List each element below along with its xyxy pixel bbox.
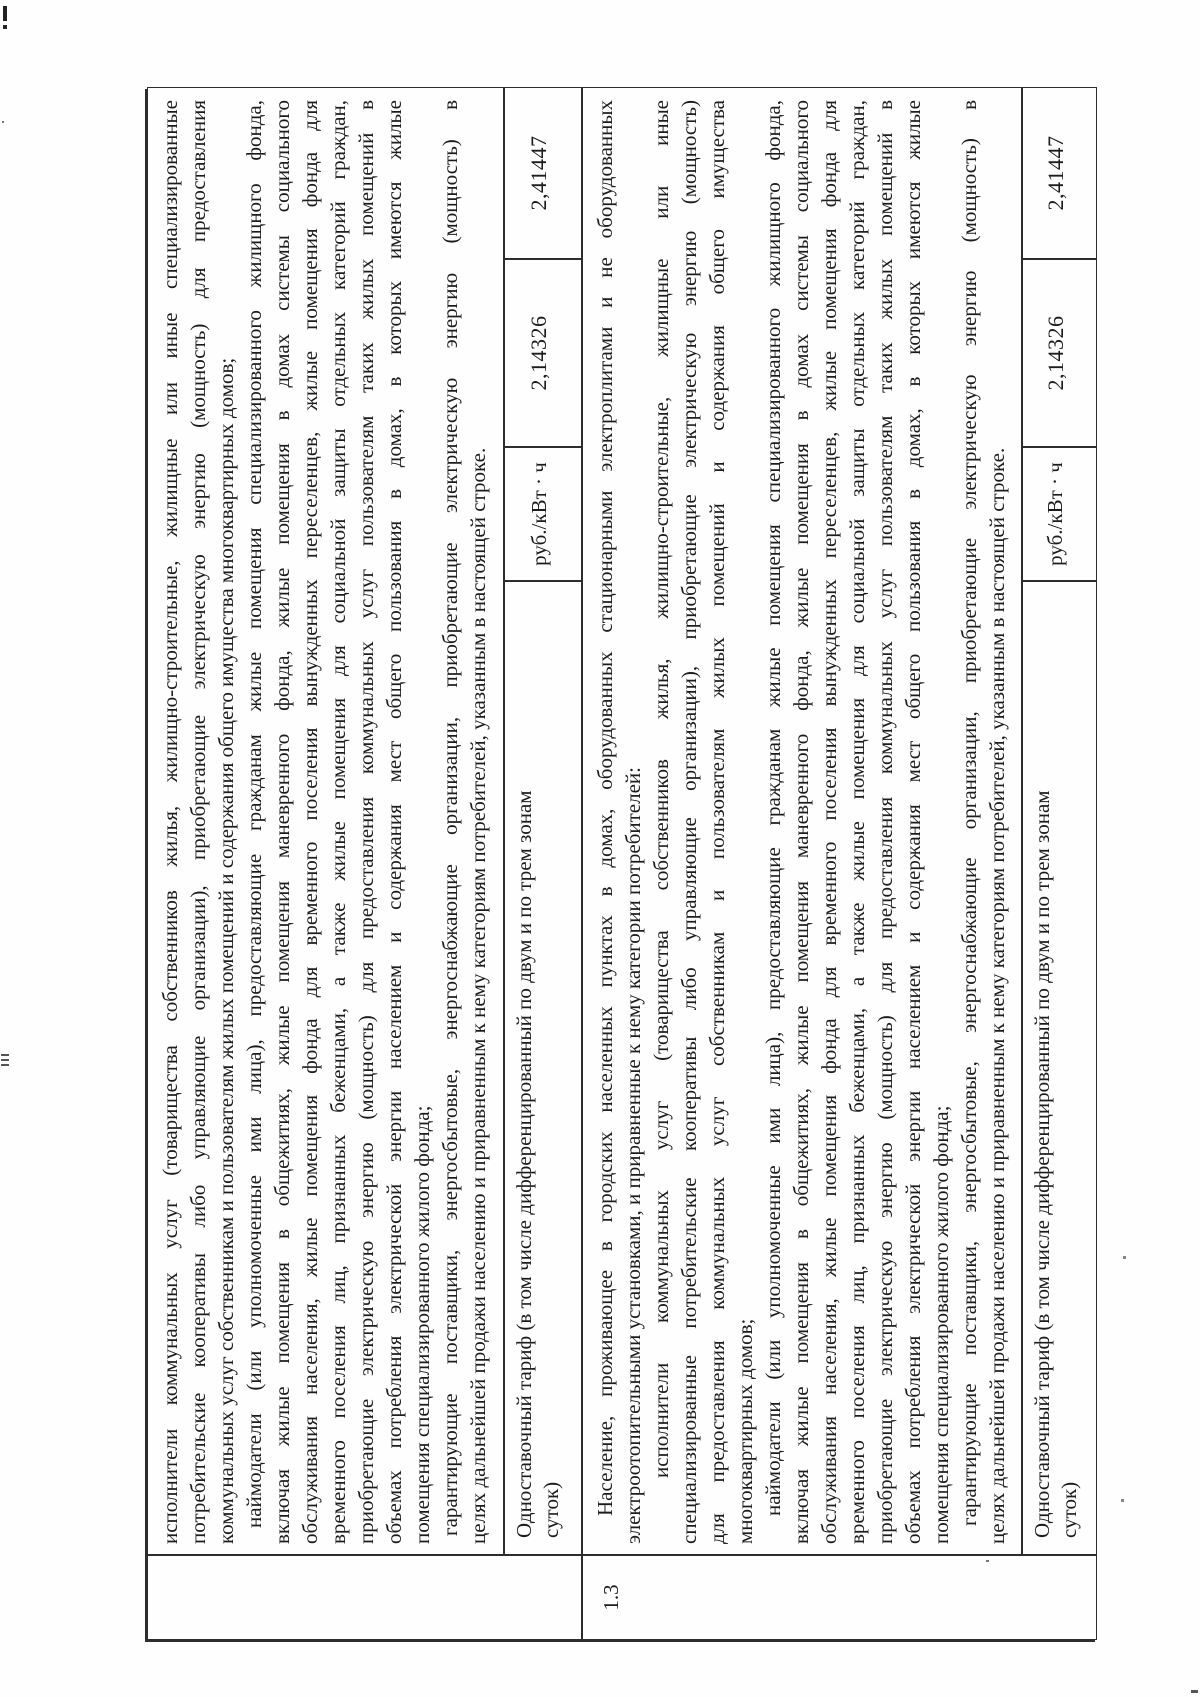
scan-artifact-dash — [1, 1054, 9, 1056]
text-line: гарантирующие поставщики, энергосбытовые… — [436, 100, 464, 1544]
text-line: обслуживания населения, жилые помещения … — [815, 100, 843, 1544]
scan-artifact-speck — [986, 1560, 989, 1562]
text-line: исполнители коммунальных услуг (товарище… — [156, 100, 184, 1544]
text-line: включая жилые помещения в общежитиях, жи… — [787, 100, 815, 1544]
text-line: помещения специализированного жилого фон… — [927, 100, 955, 1544]
consumer-category-description-1-3: Население, проживающее в городских насел… — [582, 87, 1022, 1555]
scan-artifact-dash — [1, 1064, 9, 1066]
tariff-row-1-unit: руб./кВт · ч — [504, 447, 582, 581]
rotated-landscape-layer: исполнители коммунальных услуг (товарище… — [0, 0, 1200, 1697]
text-line: временного поселения лиц, признанных беж… — [324, 100, 352, 1544]
text-line: приобретающие электрическую энергию (мощ… — [352, 100, 380, 1544]
text-line: целях дальнейшей продажи населению и при… — [983, 100, 1011, 1544]
tariff-row-1-label: Одноставочный тариф (в том числе диффере… — [504, 581, 582, 1555]
text-line: Население, проживающее в городских насел… — [591, 100, 619, 1544]
text-line: временного поселения лиц, признанных беж… — [843, 100, 871, 1544]
text-line: специализированные потребительские коопе… — [675, 100, 703, 1544]
scan-artifact-mark — [3, 6, 7, 21]
text-line: приобретающие электрическую энергию (мощ… — [871, 100, 899, 1544]
scan-artifact-speck — [1123, 1256, 1126, 1259]
text-line: для предоставления коммунальных услуг со… — [703, 100, 731, 1544]
tariff-row-2-unit: руб./кВт · ч — [1022, 447, 1097, 581]
tariff-row-2-value-col2: 2,41447 — [1022, 87, 1097, 259]
row-number-cell-empty — [147, 1555, 582, 1640]
tariff-row-2-value-col1: 2,14326 — [1022, 259, 1097, 447]
tariff-table: исполнители коммунальных услуг (товарище… — [145, 89, 1095, 1642]
text-line: суток) — [538, 594, 565, 1538]
scanned-document-page: исполнители коммунальных услуг (товарище… — [0, 0, 1200, 1697]
text-line: включая жилые помещения в общежитиях, жи… — [268, 100, 296, 1544]
text-line: многоквартирных домов; — [731, 100, 759, 1544]
tariff-row-2-label: Одноставочный тариф (в том числе диффере… — [1022, 581, 1097, 1555]
text-line: объемах потребления электрической энерги… — [380, 100, 408, 1544]
text-line: суток) — [1056, 594, 1083, 1538]
consumer-category-description-continuation: исполнители коммунальных услуг (товарище… — [147, 87, 504, 1555]
scan-artifact-speck — [2, 121, 4, 123]
text-line: потребительские кооперативы либо управля… — [184, 100, 212, 1544]
text-line: наймодатели (или уполномоченные ими лица… — [759, 100, 787, 1544]
scan-artifact-speck — [1121, 1499, 1124, 1502]
text-line: помещения специализированного жилого фон… — [408, 100, 436, 1544]
text-line: объемах потребления электрической энерги… — [899, 100, 927, 1544]
scan-artifact-mark — [3, 25, 7, 29]
scan-artifact-dash — [1, 1059, 9, 1061]
text-line: коммунальных услуг собственникам и польз… — [212, 100, 240, 1544]
row-number-1-3: 1.3 — [582, 1555, 1097, 1640]
text-line: Одноставочный тариф (в том числе диффере… — [1029, 594, 1056, 1538]
scan-artifact-speck — [1191, 1690, 1198, 1693]
text-line: гарантирующие поставщики, энергосбытовые… — [955, 100, 983, 1544]
text-line: наймодатели (или уполномоченные ими лица… — [240, 100, 268, 1544]
text-line: электроотопительными установками, и прир… — [619, 100, 647, 1544]
text-line: обслуживания населения, жилые помещения … — [296, 100, 324, 1544]
text-line: целях дальнейшей продажи населению и при… — [464, 100, 492, 1544]
text-line: исполнители коммунальных услуг (товарище… — [647, 100, 675, 1544]
tariff-row-1-value-col1: 2,14326 — [504, 259, 582, 447]
tariff-row-1-value-col2: 2,41447 — [504, 87, 582, 259]
text-line: Одноставочный тариф (в том числе диффере… — [511, 594, 538, 1538]
